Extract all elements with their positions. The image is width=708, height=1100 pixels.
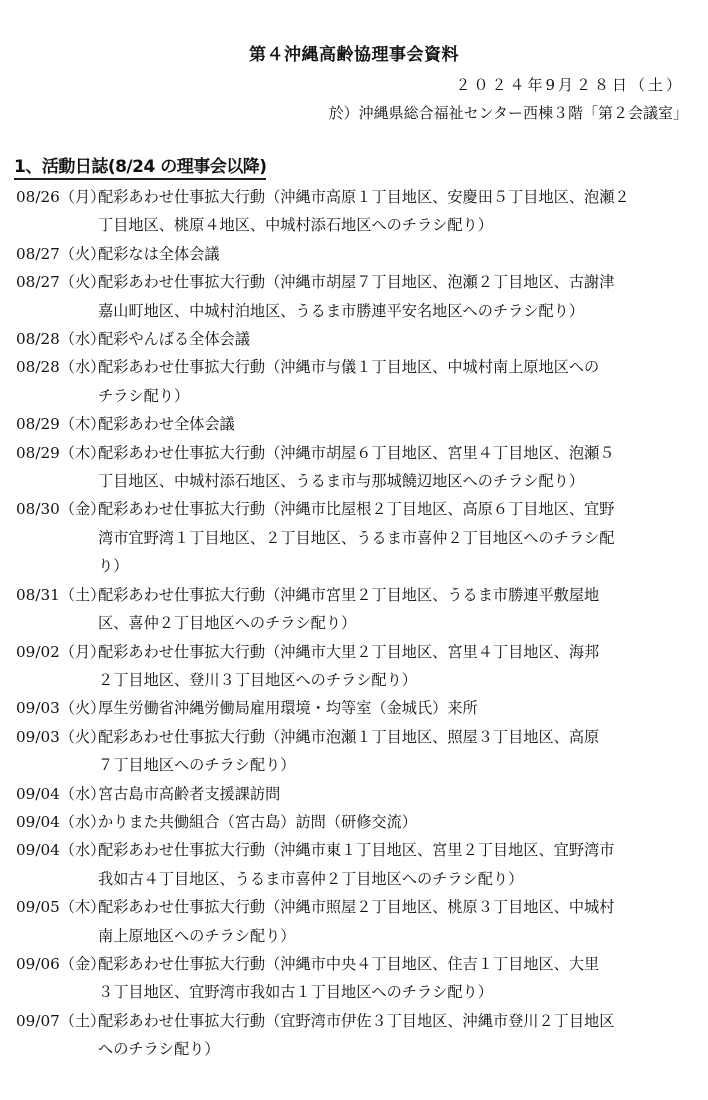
- log-entry-text: り）: [98, 557, 128, 575]
- log-entry: 08/30（金）配彩あわせ仕事拡大行動（沖縄市比屋根２丁目地区、高原６丁目地区、…: [16, 495, 706, 580]
- log-entry-continuation: チラシ配り）: [16, 382, 706, 410]
- log-entry-continuation: ３丁目地区、宜野湾市我如古１丁目地区へのチラシ配り）: [16, 978, 706, 1006]
- log-entry-text: 宮古島市高齢者支援課訪問: [98, 785, 280, 803]
- log-entry-date: 09/04（水）: [16, 808, 98, 836]
- log-entry-first-line: 09/03（火）厚生労働省沖縄労働局雇用環境・均等室（金城氏）来所: [16, 694, 706, 722]
- log-entry-first-line: 08/29（木）配彩あわせ仕事拡大行動（沖縄市胡屋６丁目地区、宮里４丁目地区、泡…: [16, 439, 706, 467]
- log-entry-date: 09/03（火）: [16, 694, 98, 722]
- activity-log: 08/26（月）配彩あわせ仕事拡大行動（沖縄市高原１丁目地区、安慶田５丁目地区、…: [16, 183, 706, 1064]
- log-entry-text: 配彩あわせ仕事拡大行動（沖縄市高原１丁目地区、安慶田５丁目地区、泡瀬２: [98, 188, 630, 206]
- log-entry-first-line: 08/27（火）配彩なは全体会議: [16, 240, 706, 268]
- log-entry-first-line: 08/29（木）配彩あわせ全体会議: [16, 410, 706, 438]
- log-entry-text: 南上原地区へのチラシ配り）: [98, 927, 295, 945]
- log-entry-text: 配彩あわせ仕事拡大行動（沖縄市中央４丁目地区、住吉１丁目地区、大里: [98, 955, 599, 973]
- log-entry-first-line: 09/07（土）配彩あわせ仕事拡大行動（宜野湾市伊佐３丁目地区、沖縄市登川２丁目…: [16, 1007, 706, 1035]
- log-entry-text: 区、喜仲２丁目地区へのチラシ配り）: [98, 614, 356, 632]
- log-entry-continuation: 南上原地区へのチラシ配り）: [16, 922, 706, 950]
- log-entry-text: 丁目地区、中城村添石地区、うるま市与那城饒辺地区へのチラシ配り）: [98, 472, 584, 490]
- log-entry: 08/26（月）配彩あわせ仕事拡大行動（沖縄市高原１丁目地区、安慶田５丁目地区、…: [16, 183, 706, 240]
- log-entry-date: 09/02（月）: [16, 638, 98, 666]
- document-title: 第４沖縄高齢協理事会資料: [0, 40, 708, 65]
- log-entry-date: 09/05（木）: [16, 893, 98, 921]
- log-entry-date: 08/29（木）: [16, 439, 98, 467]
- meeting-venue: 於）沖縄県総合福祉センター西棟３階「第２会議室」: [329, 102, 688, 123]
- log-entry-text: 配彩あわせ仕事拡大行動（沖縄市東１丁目地区、宮里２丁目地区、宜野湾市: [98, 841, 614, 859]
- log-entry-first-line: 09/04（水）かりまた共働組合（宮古島）訪問（研修交流）: [16, 808, 706, 836]
- log-entry: 08/31（土）配彩あわせ仕事拡大行動（沖縄市宮里２丁目地区、うるま市勝連平敷屋…: [16, 581, 706, 638]
- log-entry-first-line: 09/04（水）配彩あわせ仕事拡大行動（沖縄市東１丁目地区、宮里２丁目地区、宜野…: [16, 836, 706, 864]
- log-entry: 09/02（月）配彩あわせ仕事拡大行動（沖縄市大里２丁目地区、宮里４丁目地区、海…: [16, 638, 706, 695]
- log-entry-date: 08/29（木）: [16, 410, 98, 438]
- log-entry-text: 配彩あわせ仕事拡大行動（沖縄市泡瀬１丁目地区、照屋３丁目地区、高原: [98, 728, 599, 746]
- log-entry-text: 厚生労働省沖縄労働局雇用環境・均等室（金城氏）来所: [98, 699, 478, 717]
- log-entry-text: 配彩あわせ仕事拡大行動（沖縄市胡屋６丁目地区、宮里４丁目地区、泡瀬５: [98, 444, 614, 462]
- log-entry: 09/03（火）厚生労働省沖縄労働局雇用環境・均等室（金城氏）来所: [16, 694, 706, 722]
- log-entry-first-line: 08/31（土）配彩あわせ仕事拡大行動（沖縄市宮里２丁目地区、うるま市勝連平敷屋…: [16, 581, 706, 609]
- log-entry-continuation: ２丁目地区、登川３丁目地区へのチラシ配り）: [16, 666, 706, 694]
- log-entry-text: 嘉山町地区、中城村泊地区、うるま市勝連平安名地区へのチラシ配り）: [98, 302, 584, 320]
- log-entry-text: 配彩あわせ仕事拡大行動（沖縄市与儀１丁目地区、中城村南上原地区への: [98, 358, 599, 376]
- log-entry: 08/28（水）配彩あわせ仕事拡大行動（沖縄市与儀１丁目地区、中城村南上原地区へ…: [16, 353, 706, 410]
- log-entry: 09/04（水）配彩あわせ仕事拡大行動（沖縄市東１丁目地区、宮里２丁目地区、宜野…: [16, 836, 706, 893]
- log-entry: 08/29（木）配彩あわせ仕事拡大行動（沖縄市胡屋６丁目地区、宮里４丁目地区、泡…: [16, 439, 706, 496]
- log-entry-continuation: ７丁目地区へのチラシ配り）: [16, 751, 706, 779]
- log-entry-text: 配彩あわせ仕事拡大行動（沖縄市照屋２丁目地区、桃原３丁目地区、中城村: [98, 898, 614, 916]
- log-entry-date: 08/27（火）: [16, 268, 98, 296]
- log-entry: 09/05（木）配彩あわせ仕事拡大行動（沖縄市照屋２丁目地区、桃原３丁目地区、中…: [16, 893, 706, 950]
- log-entry-text: ２丁目地区、登川３丁目地区へのチラシ配り）: [98, 671, 417, 689]
- log-entry-date: 08/28（水）: [16, 353, 98, 381]
- log-entry-text: 配彩あわせ仕事拡大行動（沖縄市比屋根２丁目地区、高原６丁目地区、宜野: [98, 500, 614, 518]
- log-entry-text: ７丁目地区へのチラシ配り）: [98, 756, 295, 774]
- log-entry-date: 09/06（金）: [16, 950, 98, 978]
- meeting-date: ２０２４年9月２８日（土）: [455, 74, 684, 95]
- log-entry-first-line: 08/28（水）配彩あわせ仕事拡大行動（沖縄市与儀１丁目地区、中城村南上原地区へ…: [16, 353, 706, 381]
- log-entry-continuation: 我如古４丁目地区、うるま市喜仲２丁目地区へのチラシ配り）: [16, 865, 706, 893]
- log-entry-date: 09/03（火）: [16, 723, 98, 751]
- log-entry-text: 我如古４丁目地区、うるま市喜仲２丁目地区へのチラシ配り）: [98, 870, 523, 888]
- log-entry: 08/27（火）配彩なは全体会議: [16, 240, 706, 268]
- log-entry-first-line: 09/02（月）配彩あわせ仕事拡大行動（沖縄市大里２丁目地区、宮里４丁目地区、海…: [16, 638, 706, 666]
- log-entry-date: 09/04（水）: [16, 780, 98, 808]
- log-entry-text: チラシ配り）: [98, 387, 189, 405]
- log-entry-first-line: 09/06（金）配彩あわせ仕事拡大行動（沖縄市中央４丁目地区、住吉１丁目地区、大…: [16, 950, 706, 978]
- log-entry-continuation: へのチラシ配り）: [16, 1035, 706, 1063]
- log-entry-first-line: 09/04（水）宮古島市高齢者支援課訪問: [16, 780, 706, 808]
- log-entry: 09/04（水）宮古島市高齢者支援課訪問: [16, 780, 706, 808]
- log-entry-text: 配彩やんばる全体会議: [98, 330, 250, 348]
- log-entry-first-line: 08/30（金）配彩あわせ仕事拡大行動（沖縄市比屋根２丁目地区、高原６丁目地区、…: [16, 495, 706, 523]
- log-entry: 08/29（木）配彩あわせ全体会議: [16, 410, 706, 438]
- log-entry: 09/07（土）配彩あわせ仕事拡大行動（宜野湾市伊佐３丁目地区、沖縄市登川２丁目…: [16, 1007, 706, 1064]
- log-entry: 08/27（火）配彩あわせ仕事拡大行動（沖縄市胡屋７丁目地区、泡瀬２丁目地区、古…: [16, 268, 706, 325]
- log-entry: 09/03（火）配彩あわせ仕事拡大行動（沖縄市泡瀬１丁目地区、照屋３丁目地区、高…: [16, 723, 706, 780]
- log-entry-continuation: 区、喜仲２丁目地区へのチラシ配り）: [16, 609, 706, 637]
- log-entry-first-line: 09/03（火）配彩あわせ仕事拡大行動（沖縄市泡瀬１丁目地区、照屋３丁目地区、高…: [16, 723, 706, 751]
- log-entry-text: へのチラシ配り）: [98, 1040, 220, 1058]
- log-entry: 09/04（水）かりまた共働組合（宮古島）訪問（研修交流）: [16, 808, 706, 836]
- log-entry-text: 配彩なは全体会議: [98, 245, 220, 263]
- log-entry-date: 08/31（土）: [16, 581, 98, 609]
- log-entry-text: 配彩あわせ仕事拡大行動（沖縄市胡屋７丁目地区、泡瀬２丁目地区、古謝津: [98, 273, 614, 291]
- log-entry-text: 配彩あわせ仕事拡大行動（沖縄市大里２丁目地区、宮里４丁目地区、海邦: [98, 643, 599, 661]
- log-entry-date: 09/04（水）: [16, 836, 98, 864]
- log-entry-first-line: 08/27（火）配彩あわせ仕事拡大行動（沖縄市胡屋７丁目地区、泡瀬２丁目地区、古…: [16, 268, 706, 296]
- log-entry-text: かりまた共働組合（宮古島）訪問（研修交流）: [98, 813, 417, 831]
- log-entry-date: 09/07（土）: [16, 1007, 98, 1035]
- section-heading: 1、活動日誌(8/24 の理事会以降): [14, 156, 266, 180]
- log-entry-text: 配彩あわせ仕事拡大行動（沖縄市宮里２丁目地区、うるま市勝連平敷屋地: [98, 586, 599, 604]
- log-entry-first-line: 08/28（水）配彩やんばる全体会議: [16, 325, 706, 353]
- log-entry-date: 08/26（月）: [16, 183, 98, 211]
- log-entry-date: 08/28（水）: [16, 325, 98, 353]
- log-entry: 09/06（金）配彩あわせ仕事拡大行動（沖縄市中央４丁目地区、住吉１丁目地区、大…: [16, 950, 706, 1007]
- log-entry-text: ３丁目地区、宜野湾市我如古１丁目地区へのチラシ配り）: [98, 983, 493, 1001]
- log-entry-text: 丁目地区、桃原４地区、中城村添石地区へのチラシ配り）: [98, 216, 493, 234]
- log-entry-date: 08/30（金）: [16, 495, 98, 523]
- log-entry-text: 配彩あわせ全体会議: [98, 415, 235, 433]
- log-entry-text: 湾市宜野湾１丁目地区、２丁目地区、うるま市喜仲２丁目地区へのチラシ配: [98, 529, 614, 547]
- log-entry-continuation: り）: [16, 552, 706, 580]
- log-entry: 08/28（水）配彩やんばる全体会議: [16, 325, 706, 353]
- log-entry-first-line: 08/26（月）配彩あわせ仕事拡大行動（沖縄市高原１丁目地区、安慶田５丁目地区、…: [16, 183, 706, 211]
- log-entry-continuation: 嘉山町地区、中城村泊地区、うるま市勝連平安名地区へのチラシ配り）: [16, 297, 706, 325]
- log-entry-text: 配彩あわせ仕事拡大行動（宜野湾市伊佐３丁目地区、沖縄市登川２丁目地区: [98, 1012, 614, 1030]
- log-entry-first-line: 09/05（木）配彩あわせ仕事拡大行動（沖縄市照屋２丁目地区、桃原３丁目地区、中…: [16, 893, 706, 921]
- log-entry-date: 08/27（火）: [16, 240, 98, 268]
- log-entry-continuation: 丁目地区、中城村添石地区、うるま市与那城饒辺地区へのチラシ配り）: [16, 467, 706, 495]
- log-entry-continuation: 湾市宜野湾１丁目地区、２丁目地区、うるま市喜仲２丁目地区へのチラシ配: [16, 524, 706, 552]
- log-entry-continuation: 丁目地区、桃原４地区、中城村添石地区へのチラシ配り）: [16, 211, 706, 239]
